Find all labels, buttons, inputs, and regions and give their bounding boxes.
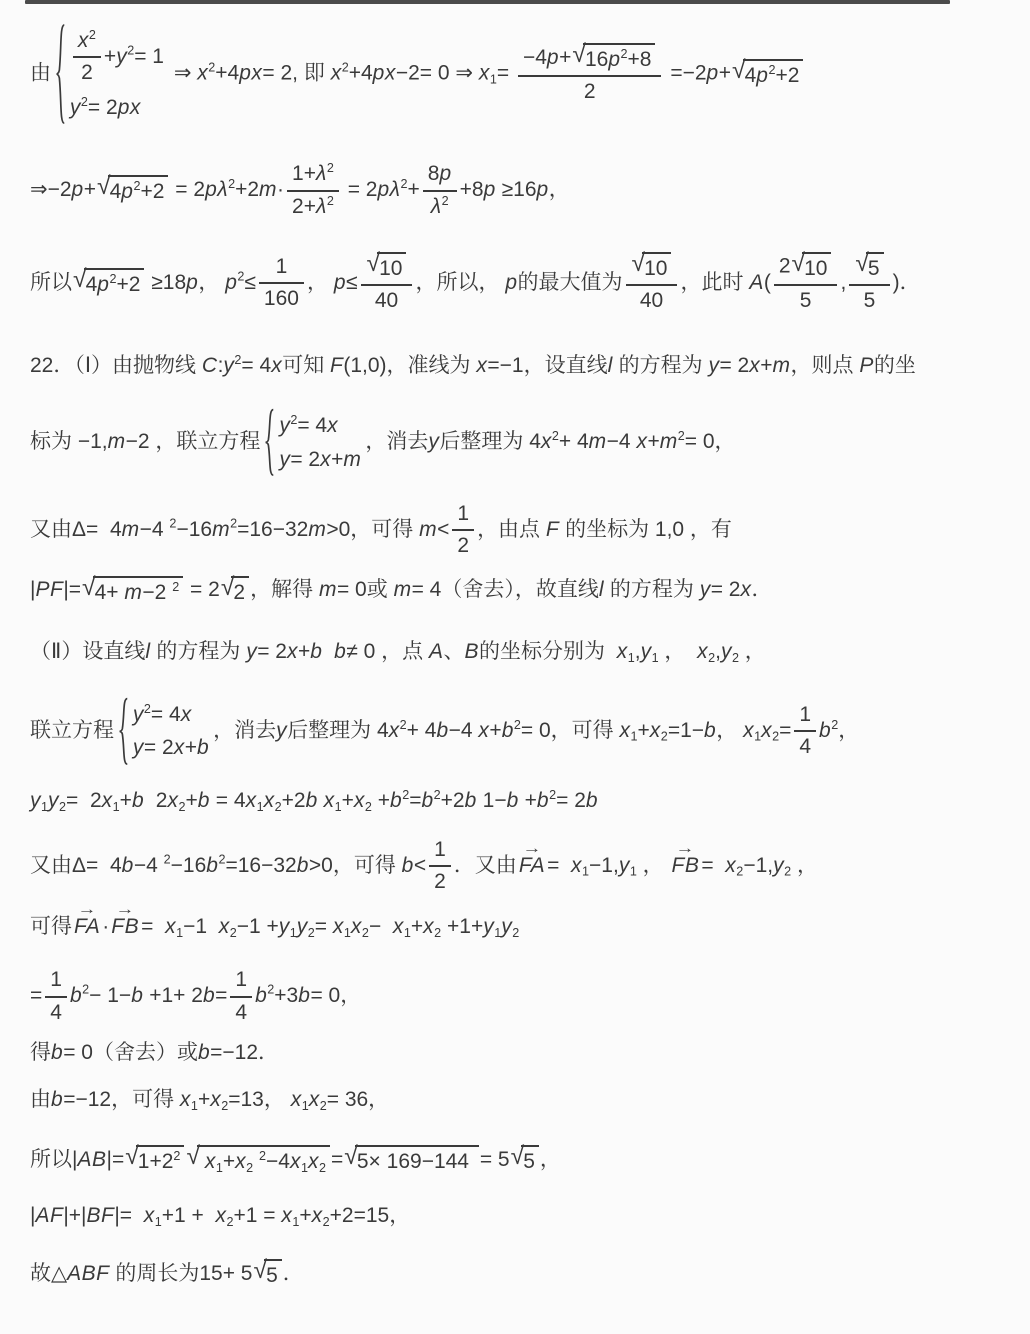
formula-line-2: ⇒−2p+√4p2+2 = 2pλ2+2m·1+λ22+λ2 = 2pλ2+8p… <box>30 160 1016 221</box>
problem-22-part2-line-2: 联立方程y2= 4xy= 2x+b，消去y后整理为 4x2+ 4b−4 x+b2… <box>30 698 1016 765</box>
problem-22-part1-line-4: |PF|=√4+ m−2 2 = 2√2，解得 m= 0或 m= 4（舍去），故… <box>30 574 1016 606</box>
page-top-edge <box>25 0 950 4</box>
problem-22-part2-line-11: 故△ABF 的周长为15+ 5√5． <box>30 1258 1016 1290</box>
problem-22-part2-line-7: 得b= 0（舍去）或b=−12． <box>30 1037 1016 1069</box>
problem-22-part2-line-8: 由b=−12，可得 x1+x2=13， x1x2= 36， <box>30 1084 1016 1116</box>
problem-22-part2-line-4: 又由Δ= 4b−4 2−16b2=16−32b>0，可得 b<12．又由FA= … <box>30 836 1016 897</box>
problem-22-part2-line-6: =14b2− 1−b +1+ 2b=14b2+3b= 0， <box>30 966 1016 1027</box>
document-page: 由x22+y2= 1y2= 2px ⇒ x2+4px= 2, 即 x2+4px−… <box>0 0 1030 1299</box>
problem-22-part1-line-2: 标为 −1,m−2 ，联立方程y2= 4xy= 2x+m，消去y后整理为 4x2… <box>30 409 1016 476</box>
problem-22-part1-line-3: 又由Δ= 4m−4 2−16m2=16−32m>0，可得 m<12，由点 F 的… <box>30 500 1016 561</box>
problem-22-part2-line-5: 可得FA·FB= x1−1 x2−1 +y1y2= x1x2− x1+x2 +1… <box>30 911 1016 943</box>
problem-22-part2-line-3: y1y2= 2x1+b 2x2+b = 4x1x2+2b x1+x2 +b2=b… <box>30 785 1016 817</box>
formula-line-1: 由x22+y2= 1y2= 2px ⇒ x2+4px= 2, 即 x2+4px−… <box>30 24 1016 124</box>
problem-22-part1-line-1: 22．（Ⅰ）由抛物线 C:y2= 4x可知 F(1,0)，准线为 x=−1，设直… <box>30 350 1016 382</box>
formula-line-3: 所以√4p2+2 ≥18p， p2≤1160， p≤√1040，所以， p的最大… <box>30 251 1016 316</box>
problem-22-part2-line-10: |AF|+|BF|= x1+1 + x2+1 = x1+x2+2=15， <box>30 1200 1016 1232</box>
problem-22-part2-line-9: 所以|AB|=√1+22√ x1+x2 2−4x1x2=√5× 169−144 … <box>30 1144 1016 1176</box>
problem-22-part2-line-1: （Ⅱ）设直线l 的方程为 y= 2x+b b≠ 0 ，点 A、B的坐标分别为 x… <box>30 636 1016 668</box>
